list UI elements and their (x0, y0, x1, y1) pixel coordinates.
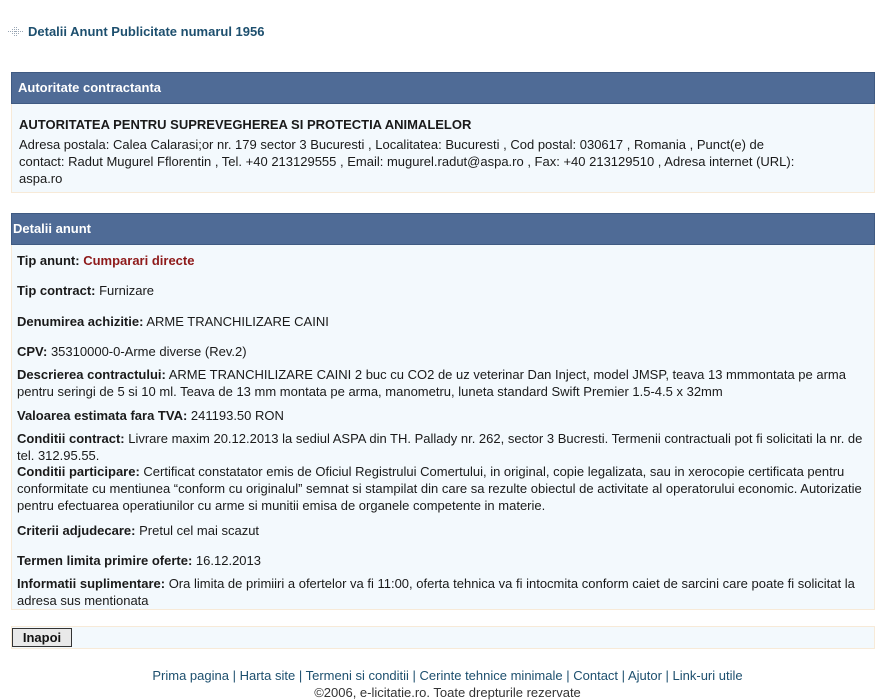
footer-separator: | (563, 668, 574, 683)
detail-field-label: Descrierea contractului: (17, 367, 166, 382)
footer-separator: | (229, 668, 240, 683)
detail-field-label: Informatii suplimentare: (17, 576, 165, 591)
detail-field: Tip contract: Furnizare (17, 282, 870, 299)
detail-field: Conditii participare: Certificat constat… (17, 463, 870, 514)
footer-separator: | (618, 668, 628, 683)
detail-field-label: Conditii contract: (17, 431, 125, 446)
detail-field-label: Denumirea achizitie: (17, 314, 143, 329)
detail-field: CPV: 35310000-0-Arme diverse (Rev.2) (17, 343, 870, 360)
footer-link-cerinte-tehnice-minimale[interactable]: Cerinte tehnice minimale (420, 668, 563, 683)
detail-field-label: CPV: (17, 344, 47, 359)
footer-separator: | (662, 668, 673, 683)
footer-link-link-uri-utile[interactable]: Link-uri utile (673, 668, 743, 683)
detail-field: Termen limita primire oferte: 16.12.2013 (17, 552, 870, 569)
detail-field: Informatii suplimentare: Ora limita de p… (17, 575, 870, 609)
detail-field-value: Livrare maxim 20.12.2013 la sediul ASPA … (17, 431, 862, 463)
footer-link-termeni-si-conditii[interactable]: Termeni si conditii (306, 668, 409, 683)
footer-link-contact[interactable]: Contact (573, 668, 618, 683)
authority-section: Autoritate contractanta AUTORITATEA PENT… (11, 72, 875, 193)
authority-section-body: AUTORITATEA PENTRU SUPREVEGHEREA SI PROT… (11, 104, 875, 193)
authority-name: AUTORITATEA PENTRU SUPREVEGHEREA SI PROT… (19, 116, 866, 133)
detail-field-value: Furnizare (96, 283, 155, 298)
footer-separator: | (295, 668, 305, 683)
authority-address-line: Adresa postala: Calea Calarasi;or nr. 17… (19, 136, 866, 153)
detail-field-label: Tip anunt: (17, 253, 80, 268)
authority-section-header: Autoritate contractanta (11, 72, 875, 104)
detail-field-label: Valoarea estimata fara TVA: (17, 408, 187, 423)
back-button[interactable]: Inapoi (12, 628, 72, 647)
detail-field: Criterii adjudecare: Pretul cel mai scaz… (17, 522, 870, 539)
detail-field-value: Cumparari directe (80, 253, 195, 268)
detail-field-value: ARME TRANCHILIZARE CAINI (143, 314, 328, 329)
detail-field-label: Criterii adjudecare: (17, 523, 136, 538)
detail-field: Valoarea estimata fara TVA: 241193.50 RO… (17, 407, 870, 424)
footer-link-ajutor[interactable]: Ajutor (628, 668, 662, 683)
footer-separator: | (409, 668, 420, 683)
detail-field-value: Pretul cel mai scazut (136, 523, 260, 538)
authority-address-line: aspa.ro (19, 170, 866, 187)
detail-field: Denumirea achizitie: ARME TRANCHILIZARE … (17, 313, 870, 330)
detail-field: Descrierea contractului: ARME TRANCHILIZ… (17, 366, 870, 400)
page-title-text: Detalii Anunt Publicitate numarul 1956 (28, 24, 264, 39)
footer-link-prima-pagina[interactable]: Prima pagina (152, 668, 229, 683)
copyright: ©2006, e-licitatie.ro. Toate drepturile … (0, 685, 895, 700)
authority-address: Adresa postala: Calea Calarasi;or nr. 17… (19, 136, 866, 187)
footer-links: Prima pagina | Harta site | Termeni si c… (0, 668, 895, 683)
detail-field-label: Termen limita primire oferte: (17, 553, 192, 568)
detail-field-value: 241193.50 RON (187, 408, 284, 423)
detail-field-value: Certificat constatator emis de Oficiul R… (17, 464, 862, 513)
detail-field-label: Conditii participare: (17, 464, 140, 479)
dotted-grid-icon (8, 26, 23, 37)
detail-field: Tip anunt: Cumparari directe (17, 252, 870, 269)
detail-field-value: 16.12.2013 (192, 553, 261, 568)
detail-field-value: 35310000-0-Arme diverse (Rev.2) (47, 344, 246, 359)
detail-field-label: Tip contract: (17, 283, 96, 298)
detail-field: Conditii contract: Livrare maxim 20.12.2… (17, 430, 870, 464)
action-bar: Inapoi (11, 626, 875, 649)
authority-address-line: contact: Radut Mugurel Fflorentin , Tel.… (19, 153, 866, 170)
footer-link-harta-site[interactable]: Harta site (240, 668, 296, 683)
details-section-header: Detalii anunt (11, 213, 875, 245)
page-title: Detalii Anunt Publicitate numarul 1956 (8, 24, 264, 39)
